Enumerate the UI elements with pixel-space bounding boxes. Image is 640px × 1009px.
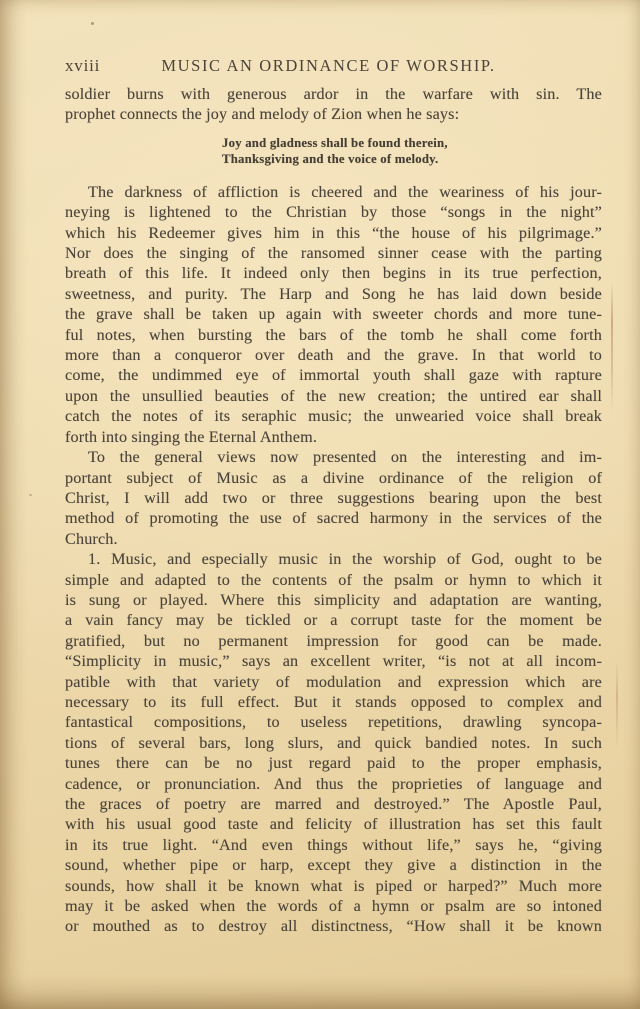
text-line: sweetness, and purity. The Harp and Song… <box>65 284 602 304</box>
text-line: prophet connects the joy and melody of Z… <box>65 104 602 124</box>
scan-scratch <box>616 660 618 750</box>
running-title: MUSIC AN ORDINANCE OF WORSHIP. <box>65 56 592 76</box>
text-line: necessary to its full effect. But it sta… <box>65 692 602 712</box>
paragraph: 1. Music, and especially music in the wo… <box>65 549 602 937</box>
text-line: Christ, I will add two or three suggesti… <box>65 488 602 508</box>
text-line: a vain fancy may be tickled or a corrupt… <box>65 610 602 630</box>
text-line: come, the undimmed eye of immortal youth… <box>65 365 602 385</box>
paragraph: The darkness of affliction is cheered an… <box>65 182 602 447</box>
text-line: Nor does the singing of the ransomed sin… <box>65 243 602 263</box>
paragraph: soldier burns with generous ardor in the… <box>65 84 602 125</box>
text-line: method of promoting the use of sacred ha… <box>65 508 602 528</box>
text-line: portant subject of Music as a divine ord… <box>65 468 602 488</box>
text-line: simple and adapted to the contents of th… <box>65 570 602 590</box>
text-line: forth into singing the Eternal Anthem. <box>65 427 602 447</box>
text-line: is sung or played. Where this simplicity… <box>65 590 602 610</box>
text-line: catch the notes of its seraphic music; t… <box>65 406 602 426</box>
text-line: tunes there can be no just regard paid t… <box>65 753 602 773</box>
text-line: tions of several bars, long slurs, and q… <box>65 733 602 753</box>
text-line: ful notes, when bursting the bars of the… <box>65 325 602 345</box>
scan-speck <box>91 22 94 25</box>
text-line: 1. Music, and especially music in the wo… <box>65 549 602 569</box>
paragraph: To the general views now presented on th… <box>65 447 602 549</box>
scan-scratch <box>611 282 613 412</box>
text-line: To the general views now presented on th… <box>65 447 602 467</box>
page-header: xviii MUSIC AN ORDINANCE OF WORSHIP. <box>65 56 602 78</box>
text-line: sounds, how shall it be known what is pi… <box>65 876 602 896</box>
text-line: with his usual good taste and felicity o… <box>65 814 602 834</box>
text-line: neying is lightened to the Christian by … <box>65 202 602 222</box>
text-line: the grave shall be taken up again with s… <box>65 304 602 324</box>
text-line: “Simplicity in music,” says an excellent… <box>65 651 602 671</box>
text-line: gratified, but no permanent impression f… <box>65 631 602 651</box>
text-line: soldier burns with generous ardor in the… <box>65 84 602 104</box>
text-line: the graces of poetry are marred and dest… <box>65 794 602 814</box>
text-line: fantastical compositions, to useless rep… <box>65 712 602 732</box>
text-line: Church. <box>65 529 602 549</box>
text-line: cadence, or pronunciation. And thus the … <box>65 774 602 794</box>
verse-block: Joy and gladness shall be found therein,… <box>222 135 602 167</box>
text-line: or mouthed as to destroy all distinctnes… <box>65 916 602 936</box>
text-line: patible with that variety of modulation … <box>65 672 602 692</box>
book-page: xviii MUSIC AN ORDINANCE OF WORSHIP. sol… <box>0 0 640 1009</box>
text-line: upon the unsullied beauties of the new c… <box>65 386 602 406</box>
scan-speck <box>29 494 32 496</box>
body-text: soldier burns with generous ardor in the… <box>65 84 602 937</box>
verse-line: Thanksgiving and the voice of melody. <box>222 151 602 167</box>
verse-line: Joy and gladness shall be found therein, <box>222 135 602 151</box>
text-line: which his Redeemer gives him in this “th… <box>65 223 602 243</box>
text-line: The darkness of affliction is cheered an… <box>65 182 602 202</box>
text-line: may it be asked when the words of a hymn… <box>65 896 602 916</box>
text-line: in its true light. “And even things with… <box>65 835 602 855</box>
text-line: more than a conqueror over death and the… <box>65 345 602 365</box>
text-line: sound, whether pipe or harp, except they… <box>65 855 602 875</box>
text-line: breath of this life. It indeed only then… <box>65 263 602 283</box>
